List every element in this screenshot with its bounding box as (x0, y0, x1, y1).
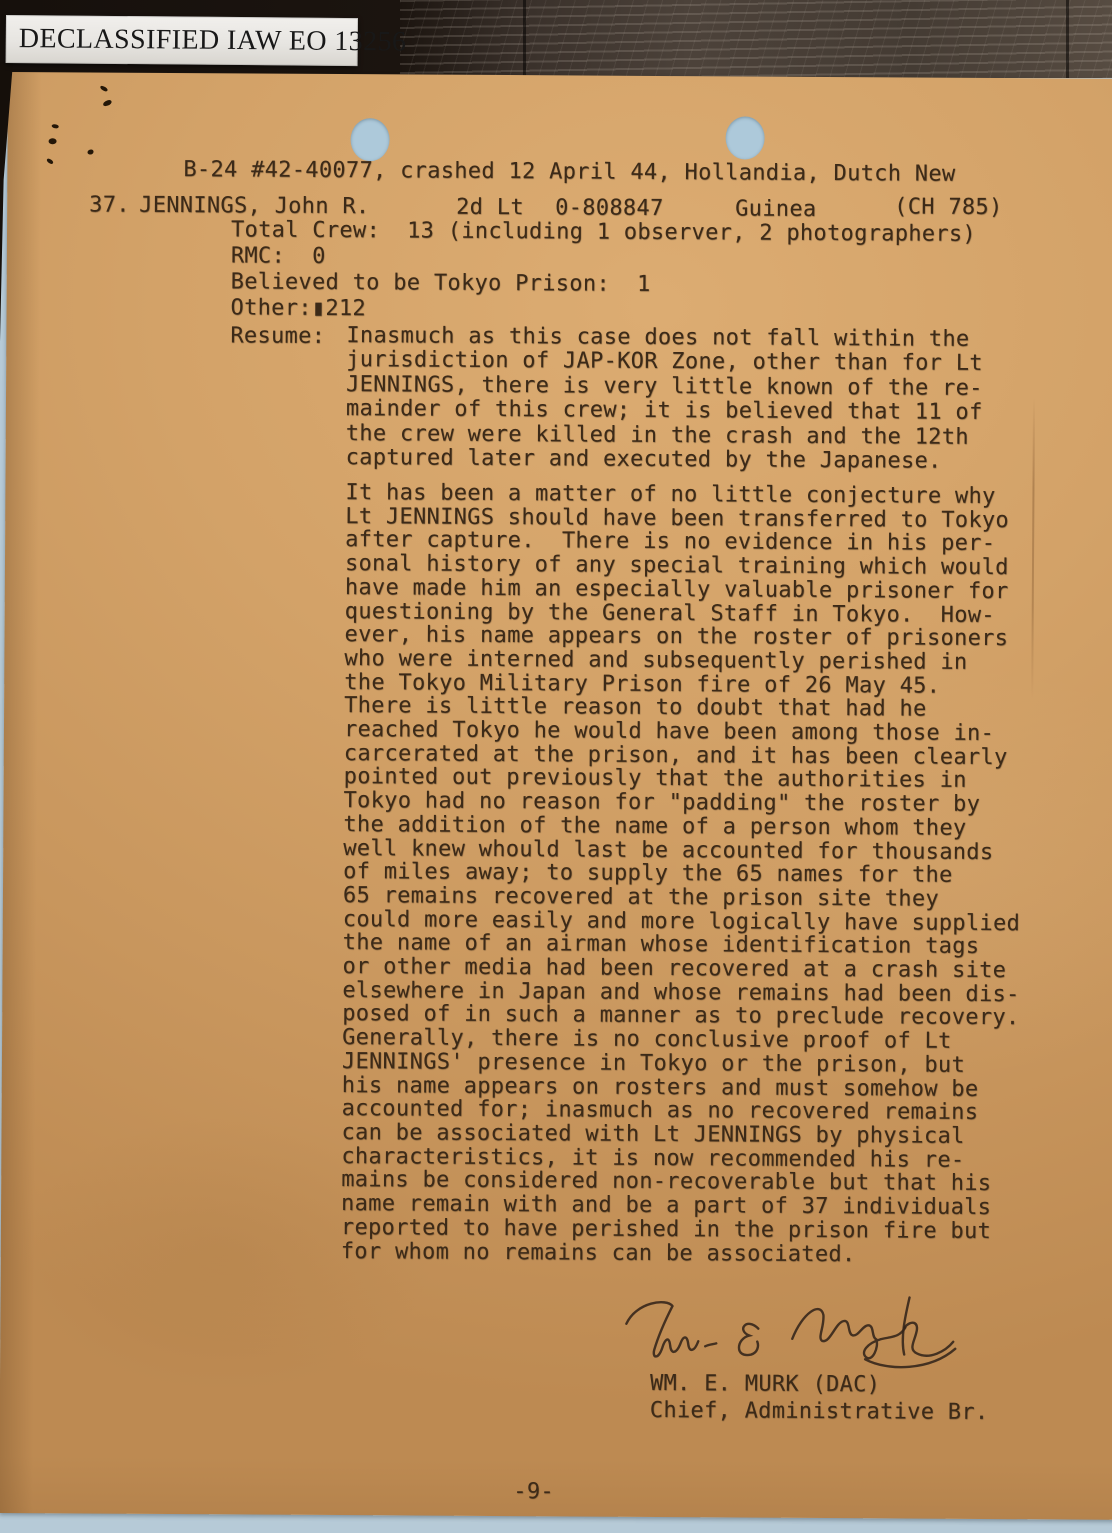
page-number: -9- (513, 1479, 554, 1504)
case-serial: 0-808847 (555, 195, 664, 221)
resume-label: Resume: (230, 323, 325, 349)
case-details: Total Crew: 13 (including 1 observer, 2 … (230, 217, 976, 326)
scanned-document-page: { "stamp": { "text": "DECLASSIFIED IAW E… (0, 0, 1112, 1533)
document-paper: B-24 #42-40077, crashed 12 April 44, Hol… (0, 72, 1112, 1520)
binder-strip-seam (523, 0, 526, 78)
resume-paragraph-2: It has been a matter of no little conjec… (341, 481, 1023, 1267)
case-crash-line: B-24 #42-40077, crashed 12 April 44, Hol… (183, 157, 955, 187)
declassification-stamp-text: DECLASSIFIED IAW EO 13256 (6, 23, 407, 58)
signature-scrawl (608, 1274, 959, 1386)
paper-crease (1031, 398, 1035, 698)
binder-strip-seam (1066, 0, 1069, 78)
detail-other: Other:▮212 (230, 295, 975, 326)
ink-speck (49, 138, 57, 144)
ink-speck (51, 123, 59, 129)
case-rank: 2d Lt (456, 195, 524, 220)
declassification-stamp: DECLASSIFIED IAW EO 13256 (6, 15, 358, 66)
case-entry-line: 37. JENNINGS, John R. 2d Lt 0-808847 Gui… (8, 72, 1112, 104)
punch-hole-left (350, 118, 389, 161)
signer-title: Chief, Administrative Br. (650, 1398, 989, 1425)
case-number: 37. (89, 192, 130, 217)
punch-hole-right (725, 116, 764, 159)
case-reference: (CH 785) (894, 194, 1003, 220)
resume-paragraph-1: Inasmuch as this case does not fall with… (346, 324, 984, 474)
ink-speck (102, 99, 112, 107)
detail-total-crew: Total Crew: 13 (including 1 observer, 2 … (231, 217, 976, 248)
binder-strip-scratches (400, 0, 1112, 78)
case-name: JENNINGS, John R. (139, 193, 369, 219)
ink-speck (46, 157, 54, 165)
ink-speck (87, 149, 93, 154)
case-location-continued: Guinea (735, 196, 816, 221)
